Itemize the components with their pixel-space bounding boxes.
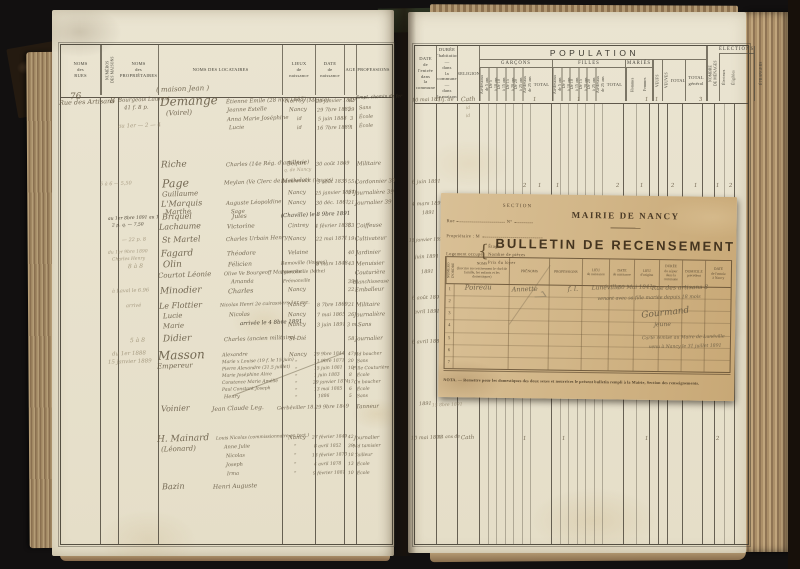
row-number: 2: [448, 298, 450, 303]
left-table-header: NOMS des RUESNUMÉROS DES MAISONSNOMS des…: [61, 45, 392, 95]
group-elections: ÉLECTIONSÉlecteursÉligibles: [719, 46, 755, 101]
column-header: Au-dessous de 5 ans: [553, 68, 562, 101]
bulletin-column-header: NOMS (Inscrire successivement le chef de…: [455, 257, 510, 284]
row-number: 1: [449, 286, 451, 291]
bulletin-de-recensement: SECTION RueN° Propriétaire : M Logement …: [438, 193, 737, 401]
group-columns: ÉlecteursÉligibles: [719, 54, 754, 101]
column-header: DATE de naissance: [316, 45, 345, 95]
column-header: VEUVES: [662, 60, 671, 101]
title-rule: [611, 227, 641, 228]
column-header: NOMS des RUES: [61, 45, 101, 95]
group-columns: Au-dessous de 5 ansDe 5 à 10 ansDe 10 à …: [553, 68, 625, 101]
mairie-title: MAIRIE DE NANCY: [531, 209, 721, 222]
group-mariés: MARIÉSHommesFemmes: [626, 60, 653, 101]
column-header: VEUFS: [653, 60, 662, 101]
row-number: 5: [448, 335, 450, 340]
column-header: TOTAL: [671, 60, 686, 101]
column-header: RELIGION: [458, 46, 480, 101]
table-column: [101, 98, 119, 544]
column-header: TOTAL: [604, 68, 625, 101]
bulletin-table: NUMÉRO D'ORDRENOMS (Inscrire successivem…: [444, 256, 733, 373]
column-header: Femmes: [639, 68, 652, 101]
column-header: PROFESSIONS: [357, 45, 390, 95]
table-column: [159, 98, 283, 544]
group-columns: Au-dessous de 5 ansDe 5 à 10 ansDe 10 à …: [480, 68, 552, 101]
bulletin-section-label: SECTION: [503, 204, 533, 209]
column-header: LIEUX de naissance: [283, 45, 316, 95]
column-header: Hommes: [626, 68, 639, 101]
bulletin-nota: NOTA. — Remettre pour les domestiques de…: [443, 377, 729, 386]
bulletin-table-body: 1234567: [445, 284, 731, 372]
table-column: [61, 98, 101, 544]
column-header: De 20 à 25 ans: [514, 68, 523, 101]
column-header: Au-dessus de 25 ans: [523, 68, 532, 101]
column-header: De 5 à 10 ans: [489, 68, 498, 101]
bulletin-title: BULLETIN DE RECENSEMENT: [495, 236, 735, 254]
bulletin-column-header: DATE de l'entrée à Nancy: [706, 261, 731, 287]
column-header: AGE: [345, 45, 357, 95]
column-header: DATE de l'entrée dans la commune: [415, 46, 437, 101]
table-column: [415, 104, 437, 544]
table-column: [345, 98, 357, 544]
book-cover-right: [788, 0, 800, 569]
column-header: De 10 à 15 ans: [570, 68, 579, 101]
bulletin-column-header: PROFESSIONS: [550, 259, 583, 285]
group-title: FILLES: [553, 60, 625, 68]
group-columns: HommesFemmes: [626, 68, 652, 101]
bulletin-rows: 1234567: [445, 284, 731, 372]
left-table-body: [61, 97, 392, 544]
column-header: TOTAL: [531, 68, 552, 101]
row-number: 6: [448, 347, 450, 352]
bulletin-column-header: LIEU d'origine: [635, 260, 660, 286]
bulletin-column-header: DOMICILE précédent: [683, 260, 706, 286]
group-title: ÉLECTIONS: [719, 46, 754, 54]
column-header: NOMBRE DE MÉNAGES: [707, 46, 719, 101]
bulletin-column-header: LIEU de naissance: [583, 259, 610, 285]
column-header: NOMS des PROPRIÉTAIRES: [119, 45, 159, 95]
right-table-header: DATE de l'entrée dans la communeDURÉE d'…: [415, 46, 748, 101]
column-header: De 5 à 10 ans: [562, 68, 571, 101]
proprietaire-label: Propriétaire : M: [446, 233, 480, 238]
column-header: De 20 à 25 ans: [587, 68, 596, 101]
numero-label: N°: [507, 219, 513, 224]
row-number: 4: [448, 323, 450, 328]
population-title: POPULATION: [480, 46, 706, 60]
row-number: 7: [448, 359, 450, 364]
bulletin-column-header: DURÉE du séjour dans la commune: [660, 260, 683, 286]
bulletin-table-header: NUMÉRO D'ORDRENOMS (Inscrire successivem…: [446, 257, 731, 288]
rue-label: Rue: [447, 218, 455, 223]
column-header: Au-dessus de 25 ans: [596, 68, 605, 101]
group-filles: FILLESAu-dessous de 5 ansDe 5 à 10 ansDe…: [553, 60, 626, 101]
column-header: NOMS DES LOCATAIRES: [159, 45, 283, 95]
bulletin-column-header: NUMÉRO D'ORDRE: [446, 257, 455, 283]
column-header: TOTAL général: [686, 60, 706, 101]
left-register-table: NOMS des RUESNUMÉROS DES MAISONSNOMS des…: [60, 44, 393, 545]
population-groups: GARÇONSAu-dessous de 5 ansDe 5 à 10 ansD…: [480, 60, 706, 101]
column-header: DURÉE d'habitation — dans la commune — d…: [437, 46, 458, 101]
column-header: De 10 à 15 ans: [497, 68, 506, 101]
table-column: [357, 98, 390, 544]
bulletin-column-header: DATE de naissance: [610, 259, 635, 285]
group-title: MARIÉS: [626, 60, 652, 68]
column-header: De 15 à 20 ans: [579, 68, 588, 101]
row-number: 3: [448, 310, 450, 315]
column-header: De 15 à 20 ans: [506, 68, 515, 101]
column-header: Au-dessous de 5 ans: [480, 68, 489, 101]
table-column: [119, 98, 159, 544]
column-header: Éligibles: [729, 54, 739, 101]
group-garçons: GARÇONSAu-dessous de 5 ansDe 5 à 10 ansD…: [480, 60, 553, 101]
table-column: [283, 98, 316, 544]
population-header: POPULATIONGARÇONSAu-dessous de 5 ansDe 5…: [480, 46, 707, 101]
group-title: GARÇONS: [480, 60, 552, 68]
column-header: ÉTRANGERS: [755, 46, 768, 101]
column-header: NUMÉROS DES MAISONS: [101, 45, 119, 95]
census-register-photo: NOMS des RUESNUMÉROS DES MAISONSNOMS des…: [0, 0, 800, 569]
table-column: [735, 104, 748, 544]
dotted-rule: [457, 217, 505, 223]
column-header: Électeurs: [719, 54, 729, 101]
bulletin-rue-line: RueN°: [447, 217, 535, 224]
table-column: [316, 98, 345, 544]
register-left-page: NOMS des RUESNUMÉROS DES MAISONSNOMS des…: [52, 10, 394, 556]
